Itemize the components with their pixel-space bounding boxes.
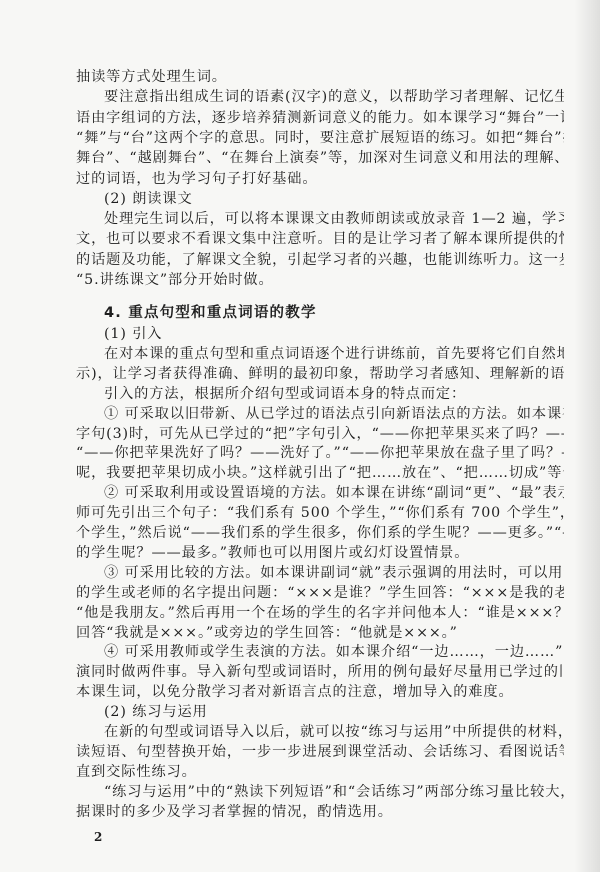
page-edge-shadow: [574, 0, 600, 872]
text-line: 引入的方法，根据所介绍句型或词语本身的特点而定：: [104, 385, 564, 403]
text-line: “5.讲练课文”部分开始时做。: [76, 271, 564, 289]
text-line: 据课时的多少及学习者掌握的情况，酌情选用。: [76, 803, 564, 821]
text-line: 舞台”、“越剧舞台”、“在舞台上演奏”等，加深对生词意义和用法的理解、记忆，复习…: [76, 149, 564, 167]
text-line: ② 可采取利用或设置语境的方法。如本课在讲练“副词“更”、“最”表示比较时，教: [104, 484, 564, 502]
text-line: (2) 练习与运用: [104, 703, 564, 721]
text-line: 师可先引出三个句子：“我们系有 500 个学生，”“你们系有 700 个学生”，…: [76, 504, 564, 522]
text-line: 在新的句型或词语导入以后，就可以按“练习与运用”中所提供的材料，从机械性的: [104, 723, 564, 741]
text-line: 在对本课的重点句型和重点词语逐个进行讲练前，首先要将它们自然地引入(或展: [104, 345, 564, 363]
section-heading: 4. 重点句型和重点词语的教学: [104, 304, 317, 322]
text-line: ④ 可采用教师或学生表演的方法。如本课介绍“一边……，一边……”时，教师可表: [104, 643, 564, 661]
text-line: 本课生词，以免分散学习者对新语言点的注意，增加导入的难度。: [76, 683, 564, 701]
text-line: “——你把苹果洗好了吗？——洗好了。”“——你把苹果放在盘子里了吗？——还没有: [76, 444, 564, 462]
text-line: 读短语、句型替换开始，一步一步进展到课堂活动、会话练习、看图说话等活用的练习，: [76, 743, 564, 761]
text-line: 呢，我要把苹果切成小块。”这样就引出了“把……放在”、“把……切成”等句型。: [76, 464, 564, 482]
text-line: 的学生或老师的名字提出问题：“×××是谁？”学生回答：“×××是我的老师。”或者…: [76, 584, 564, 602]
text-line: 演同时做两件事。导入新句型或词语时，所用的例句最好尽量用已学过的旧词而不用: [76, 663, 564, 681]
text-line: “舞”与“台”这两个字的意思。同时，要注意扩展短语的练习。如把“舞台”扩展成“京…: [76, 129, 564, 147]
text-line: 语由字组词的方法，逐步培养猜测新词意义的能力。如本课学习“舞台”一词，应介绍: [76, 109, 564, 127]
text-line: 抽读等方式处理生词。: [76, 68, 564, 86]
text-line: 要注意指出组成生词的语素(汉字)的意义，以帮助学习者理解、记忆生词，体会汉: [104, 88, 564, 106]
text-line: 处理完生词以后，可以将本课课文由教师朗读或放录音 1—2 遍，学习者可以看课: [104, 210, 564, 228]
text-line: 的学生呢？——最多。”教师也可以用图片或幻灯设置情景。: [76, 544, 564, 562]
text-line: 示)，让学习者获得准确、鲜明的最初印象，帮助学习者感知、理解新的语言点。: [76, 365, 564, 383]
text-line: ③ 可采用比较的方法。如本课讲副词“就”表示强调的用法时，可以用一个不在场: [104, 564, 564, 582]
text-line: 回答“我就是×××。”或旁边的学生回答：“他就是×××。”: [76, 624, 564, 642]
page-number: 2: [94, 830, 102, 844]
text-line: 个学生，”然后说“——我们系的学生很多，你们系的学生呢？——更多。”“——他们系: [76, 524, 564, 542]
text-line: “练习与运用”中的“熟读下列短语”和“会话练习”两部分练习量比较大，教师可根: [104, 783, 564, 801]
text-line: (2) 朗读课文: [104, 190, 564, 208]
text-line: ① 可采取以旧带新、从已学过的语法点引向新语法点的方法。如本课在讲练“把”: [104, 405, 564, 423]
text-line: 字句(3)时，可先从已学过的“把”字句引入，“——你把苹果买来了吗？——买来了。…: [76, 425, 564, 443]
text-line: 的话题及功能，了解课文全貌，引起学习者的兴趣，也能训练听力。这一步也可以放在: [76, 251, 564, 269]
text-line: (1) 引入: [104, 325, 564, 343]
text-line: 过的词语，也为学习句子打好基础。: [76, 170, 564, 188]
text-line: 文，也可以要求不看课文集中注意听。目的是让学习者了解本课所提供的情景和表达: [76, 230, 564, 248]
text-line: 直到交际性练习。: [76, 763, 564, 781]
text-line: “他是我朋友。”然后再用一个在场的学生的名字并问他本人：“谁是×××？”学生自然: [76, 604, 564, 622]
